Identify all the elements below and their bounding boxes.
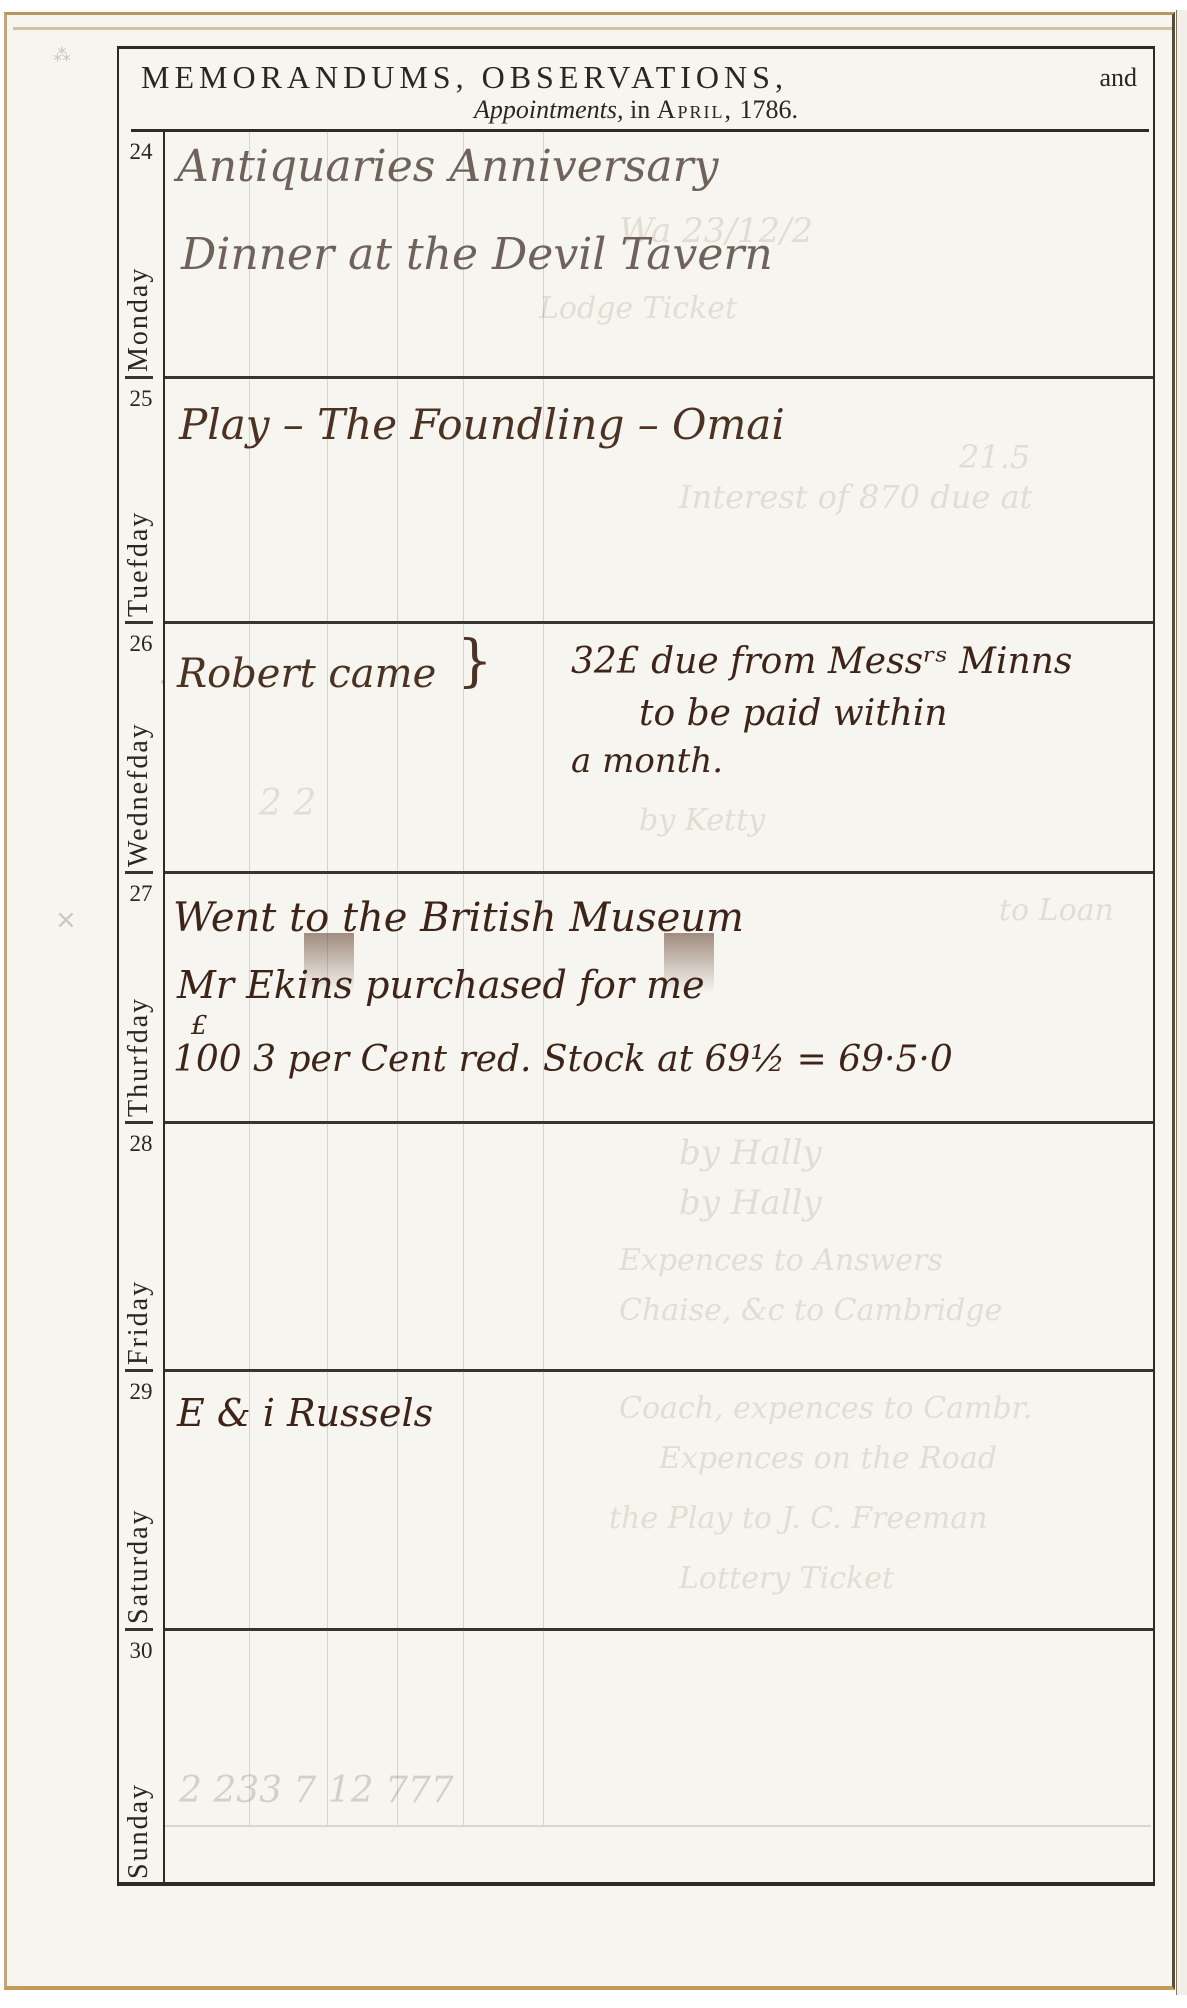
handwritten-entry: a month. bbox=[571, 741, 723, 781]
day-row-monday: 24 Monday Wa 23/12/2 Lodge Ticket Antiqu… bbox=[119, 131, 1153, 378]
handwritten-entry: Robert came bbox=[177, 651, 436, 697]
page-header: MEMORANDUMS, OBSERVATIONS, and Appointme… bbox=[119, 49, 1153, 131]
day-number: 30 bbox=[123, 1638, 159, 1664]
day-row-wednesday: 26 Wednefday 2 2 by Ketty Robert came } … bbox=[119, 623, 1153, 873]
subtitle-appointments: Appointments, bbox=[474, 95, 624, 124]
handwritten-entry: Went to the British Museum bbox=[173, 895, 744, 941]
day-row-friday: 28 Friday by Hally by Hally Expences to … bbox=[119, 1123, 1153, 1371]
show-through-text: by Hally bbox=[679, 1133, 822, 1173]
day-row-saturday: 29 Saturday Coach, expences to Cambr. Ex… bbox=[119, 1371, 1153, 1630]
show-through-text: Coach, expences to Cambr. bbox=[619, 1391, 1032, 1426]
show-through-text: by Ketty bbox=[639, 803, 765, 838]
day-label-column: 27 Thurfday bbox=[119, 873, 165, 1123]
day-label-column: 28 Friday bbox=[119, 1123, 165, 1371]
faint-rule bbox=[165, 1825, 1151, 1827]
show-through-text: by Hally bbox=[679, 1183, 822, 1223]
margin-x-mark: × bbox=[55, 905, 77, 935]
show-through-text: 2 233 7 12 777 bbox=[179, 1770, 454, 1811]
show-through-text: Lottery Ticket bbox=[679, 1561, 894, 1596]
day-number: 25 bbox=[123, 386, 159, 412]
show-through-text: to Loan bbox=[999, 893, 1114, 928]
day-row-tuesday: 25 Tuefday Interest of 870 due at 21.5 P… bbox=[119, 378, 1153, 623]
show-through-text: the Play to J. C. Freeman bbox=[609, 1501, 988, 1536]
day-number: 29 bbox=[123, 1379, 159, 1405]
day-label-column: 24 Monday bbox=[119, 131, 165, 378]
handwritten-entry: Play – The Foundling – Omai bbox=[179, 400, 785, 449]
show-through-text: Chaise, &c to Cambridge bbox=[619, 1293, 1002, 1328]
page-subtitle: Appointments, in April, 1786. bbox=[119, 95, 1153, 125]
faint-ledger-lines bbox=[165, 1630, 1153, 1885]
day-label-column: 30 Sunday bbox=[119, 1630, 165, 1885]
subtitle-in: in bbox=[630, 95, 650, 124]
handwritten-entry: 100 3 per Cent red. Stock at 69½ = 69·5·… bbox=[173, 1039, 953, 1080]
page-title: MEMORANDUMS, OBSERVATIONS, and bbox=[141, 59, 1141, 96]
subtitle-year: 1786. bbox=[740, 95, 799, 124]
day-name: Sunday bbox=[123, 1783, 155, 1879]
day-number: 24 bbox=[123, 139, 159, 165]
handwritten-entry: Mr Ekins purchased for me bbox=[177, 963, 705, 1007]
show-through-text: Expences on the Road bbox=[659, 1441, 997, 1476]
show-through-text: 2 2 bbox=[259, 783, 316, 824]
show-through-text: Expences to Answers bbox=[619, 1243, 943, 1278]
handwritten-entry: E & i Russels bbox=[177, 1391, 433, 1435]
day-name: Tuefday bbox=[123, 511, 155, 617]
title-and: and bbox=[1099, 63, 1137, 93]
handwritten-entry: Antiquaries Anniversary bbox=[177, 141, 718, 192]
faint-ledger-lines bbox=[165, 1123, 1153, 1371]
handwritten-entry: Dinner at the Devil Tavern bbox=[181, 229, 773, 280]
day-name: Thurfday bbox=[123, 997, 155, 1117]
day-name: Monday bbox=[123, 267, 155, 372]
day-name: Saturday bbox=[123, 1508, 155, 1624]
show-through-text: Lodge Ticket bbox=[539, 291, 737, 326]
handwritten-entry: 32£ due from Messʳˢ Minns bbox=[571, 641, 1072, 682]
day-row-sunday: 30 Sunday 2 233 7 12 777 bbox=[119, 1630, 1153, 1885]
brace-mark: } bbox=[457, 629, 493, 694]
calendar-frame: MEMORANDUMS, OBSERVATIONS, and Appointme… bbox=[117, 46, 1155, 1886]
day-label-column: 25 Tuefday bbox=[119, 378, 165, 623]
pound-sign-annotation: £ bbox=[191, 1011, 208, 1041]
adjacent-page-edge bbox=[1176, 10, 1187, 1995]
show-through-text: 21.5 bbox=[959, 438, 1030, 476]
title-main: MEMORANDUMS, OBSERVATIONS, bbox=[141, 59, 788, 95]
margin-smudge: ⁂ bbox=[53, 45, 71, 66]
day-number: 27 bbox=[123, 881, 159, 907]
day-name: Wednefday bbox=[123, 722, 155, 867]
day-name: Friday bbox=[123, 1280, 155, 1365]
day-number: 28 bbox=[123, 1131, 159, 1157]
handwritten-entry: to be paid within bbox=[639, 693, 948, 734]
day-row-thursday: 27 Thurfday to Loan Went to the British … bbox=[119, 873, 1153, 1123]
show-through-text: Interest of 870 due at bbox=[679, 478, 1032, 516]
day-number: 26 bbox=[123, 631, 159, 657]
day-label-column: 26 Wednefday bbox=[119, 623, 165, 873]
day-label-column: 29 Saturday bbox=[119, 1371, 165, 1630]
page-top-edge bbox=[13, 27, 1172, 30]
subtitle-month: April, bbox=[657, 95, 733, 124]
